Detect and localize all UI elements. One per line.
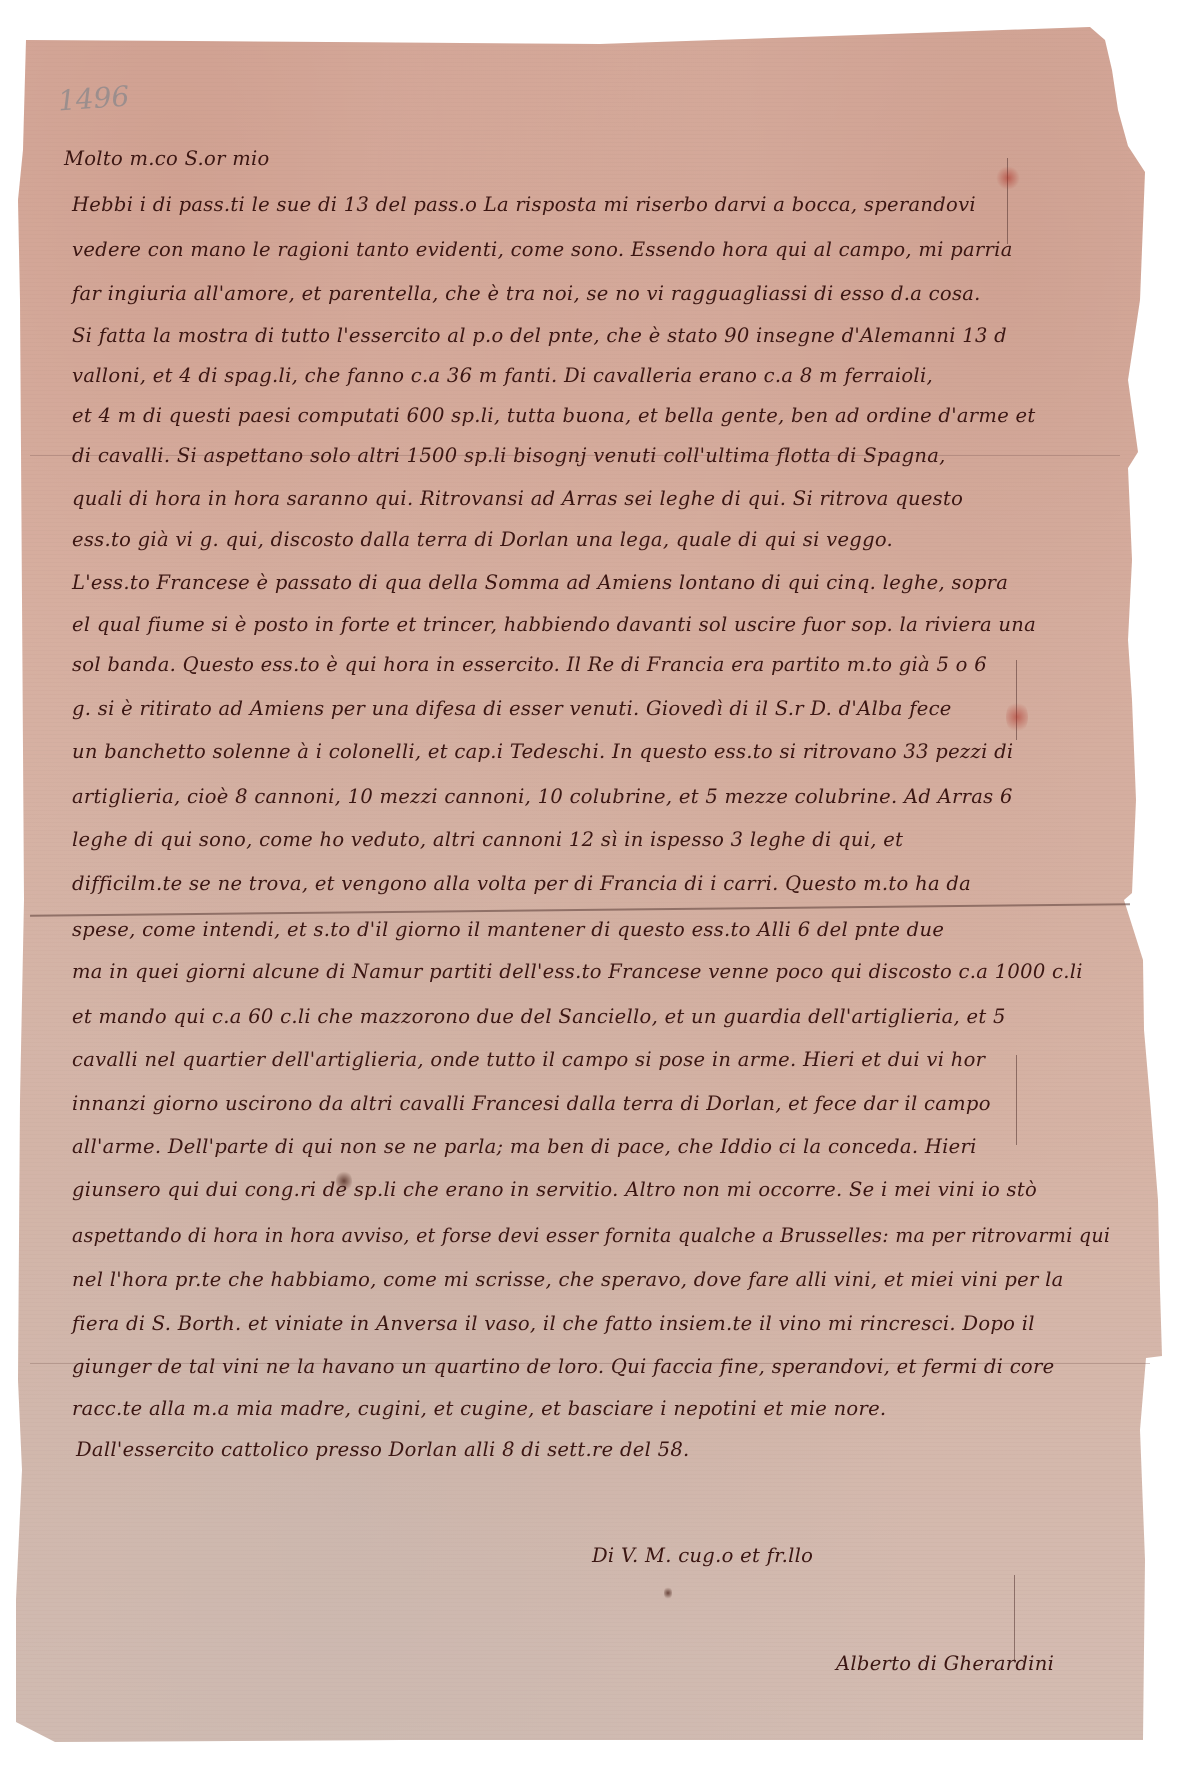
body-line: aspettando di hora in hora avviso, et fo… xyxy=(72,1224,1110,1247)
body-line: quali di hora in hora saranno qui. Ritro… xyxy=(72,487,963,510)
salutation: Molto m.co S.or mio xyxy=(64,147,270,170)
body-line: sol banda. Questo ess.to è qui hora in e… xyxy=(72,653,987,676)
body-line: difficilm.te se ne trova, et vengono all… xyxy=(72,872,971,895)
archive-number: 1496 xyxy=(57,80,130,118)
ink-blot xyxy=(664,1586,672,1600)
red-wax-stain xyxy=(1006,700,1028,734)
body-line: far ingiuria all'amore, et parentella, c… xyxy=(72,282,981,305)
body-line: all'arme. Dell'parte di qui non se ne pa… xyxy=(72,1135,977,1158)
body-line: et mando qui c.a 60 c.li che mazzorono d… xyxy=(72,1005,1006,1028)
body-line: el qual fiume si è posto in forte et tri… xyxy=(72,613,1036,636)
body-line: di cavalli. Si aspettano solo altri 1500… xyxy=(72,444,946,467)
body-line: spese, come intendi, et s.to d'il giorno… xyxy=(72,918,944,941)
body-line: racc.te alla m.a mia madre, cugini, et c… xyxy=(72,1397,886,1420)
body-line: nel l'hora pr.te che habbiamo, come mi s… xyxy=(72,1268,1064,1291)
dateline: Dall'essercito cattolico presso Dorlan a… xyxy=(76,1438,690,1461)
vertical-ruling-mark xyxy=(1014,1575,1015,1660)
closing-formula: Di V. M. cug.o et fr.llo xyxy=(592,1544,813,1567)
body-line: et 4 m di questi paesi computati 600 sp.… xyxy=(72,404,1036,427)
body-line: leghe di qui sono, come ho veduto, altri… xyxy=(72,828,903,851)
body-line: L'ess.to Francese è passato di qua della… xyxy=(72,571,1008,594)
red-wax-stain xyxy=(996,166,1020,190)
manuscript-sheet: 1496 Molto m.co S.or mio Hebbi i di pass… xyxy=(0,0,1181,1771)
body-line: giunsero qui dui cong.ri de sp.li che er… xyxy=(72,1178,1037,1201)
body-line: vedere con mano le ragioni tanto evident… xyxy=(72,238,1013,261)
body-line: cavalli nel quartier dell'artiglieria, o… xyxy=(72,1048,985,1071)
body-line: artiglieria, cioè 8 cannoni, 10 mezzi ca… xyxy=(72,785,1013,808)
body-line: fiera di S. Borth. et viniate in Anversa… xyxy=(72,1312,1035,1335)
body-line: Hebbi i di pass.ti le sue di 13 del pass… xyxy=(72,193,976,216)
body-line: ma in quei giorni alcune di Namur partit… xyxy=(72,960,1083,983)
signature: Alberto di Gherardini xyxy=(836,1652,1054,1675)
body-line: ess.to già vi g. qui, discosto dalla ter… xyxy=(72,528,893,551)
body-line: valloni, et 4 di spag.li, che fanno c.a … xyxy=(72,364,933,387)
vertical-ruling-mark xyxy=(1016,1055,1017,1145)
body-line: un banchetto solenne à i colonelli, et c… xyxy=(72,740,1013,763)
body-line: innanzi giorno uscirono da altri cavalli… xyxy=(72,1092,991,1115)
body-line: giunger de tal vini ne la havano un quar… xyxy=(72,1355,1054,1378)
body-line: g. si è ritirato ad Amiens per una difes… xyxy=(72,697,952,720)
body-line: Si fatta la mostra di tutto l'essercito … xyxy=(72,324,1007,347)
